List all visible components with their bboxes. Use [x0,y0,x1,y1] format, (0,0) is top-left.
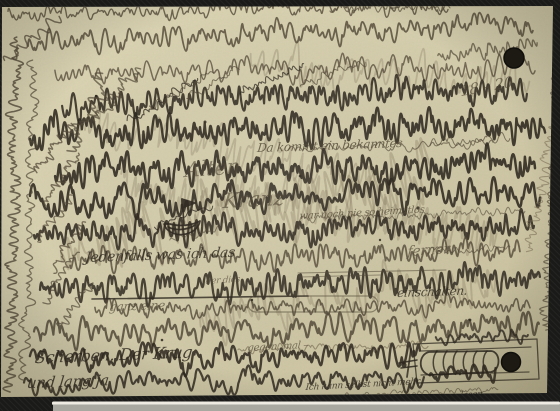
punch-hole-bottom [502,353,521,372]
scan-image [0,0,560,411]
punch-hole-top [504,48,524,68]
paper-vignette [0,0,560,411]
bottom-edge-strip [52,402,560,411]
manuscript-scan: Da kommt ein bekanntes18 – 20AltenKranzw… [0,0,560,411]
